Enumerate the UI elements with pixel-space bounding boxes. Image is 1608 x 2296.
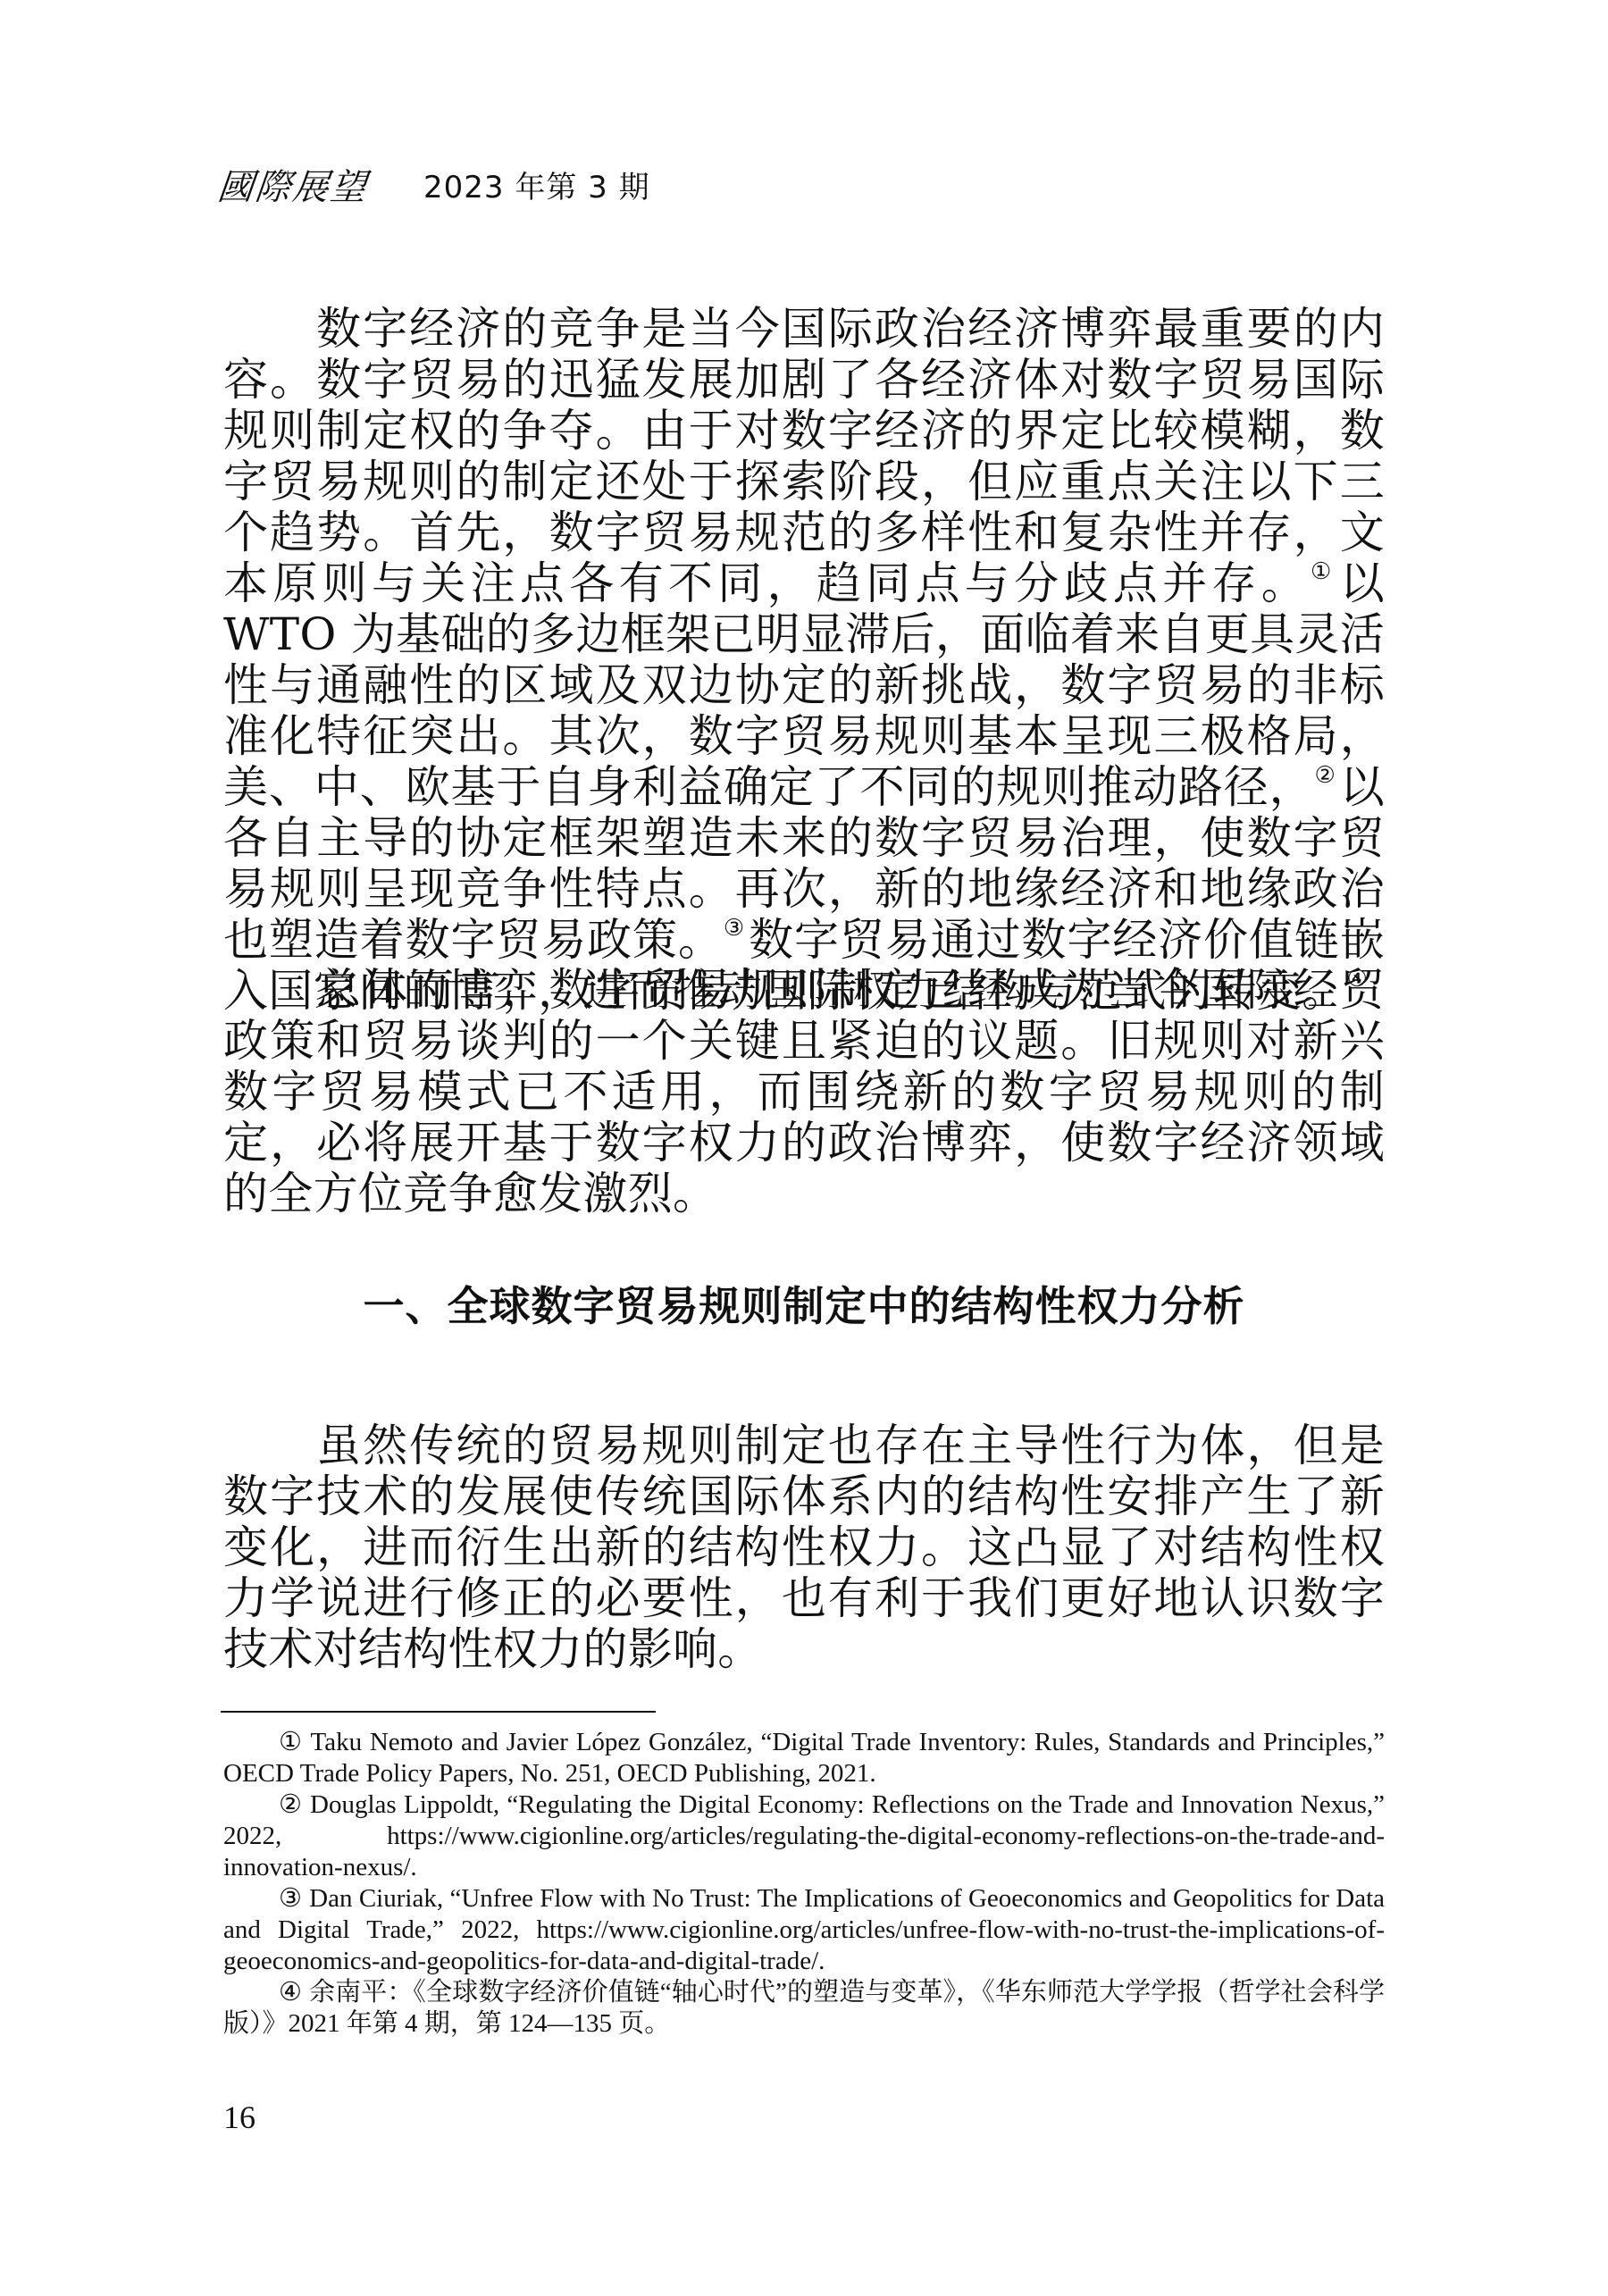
- issue-label: 2023 年第 3 期: [423, 163, 650, 206]
- section-heading: 一、全球数字贸易规则制定中的结构性权力分析: [223, 1278, 1385, 1335]
- footnote-mark: ②: [279, 1790, 303, 1819]
- footnote-text: Douglas Lippoldt, “Regulating the Digita…: [223, 1790, 1385, 1881]
- paragraph-1-segment-1: 数字经济的竞争是当今国际政治经济博弈最重要的内容。数字贸易的迅猛发展加剧了各经济…: [223, 303, 1385, 609]
- document-page: 國際展望 2023 年第 3 期 数字经济的竞争是当今国际政治经济博弈最重要的内…: [0, 0, 1608, 2296]
- footnotes: ①Taku Nemoto and Javier López González, …: [223, 1727, 1385, 2040]
- footnote-ref-1[interactable]: ①: [1311, 558, 1336, 585]
- journal-logo: 國際展望: [215, 159, 371, 210]
- body-paragraph-2: 总体而言，数字贸易规则制定已经成为当今国际经贸政策和贸易谈判的一个关键且紧迫的议…: [223, 965, 1385, 1219]
- footnote-1: ①Taku Nemoto and Javier López González, …: [223, 1727, 1385, 1789]
- footnote-mark: ③: [279, 1884, 302, 1913]
- footnote-ref-3[interactable]: ③: [724, 915, 745, 942]
- footnote-text: Taku Nemoto and Javier López González, “…: [223, 1728, 1385, 1788]
- footnote-mark: ①: [279, 1728, 304, 1756]
- footnote-mark: ④: [279, 1978, 302, 2007]
- footnote-4: ④余南平：《全球数字经济价值链“轴心时代”的塑造与变革》，《华东师范大学学报（哲…: [223, 1977, 1385, 2040]
- page-number: 16: [223, 2099, 255, 2135]
- footnote-text: Dan Ciuriak, “Unfree Flow with No Trust:…: [223, 1884, 1385, 1975]
- footnote-divider: [221, 1711, 656, 1713]
- footnote-ref-2[interactable]: ②: [1314, 762, 1336, 789]
- footnote-2: ②Douglas Lippoldt, “Regulating the Digit…: [223, 1789, 1385, 1883]
- body-paragraph-3: 虽然传统的贸易规则制定也存在主导性行为体，但是数字技术的发展使传统国际体系内的结…: [223, 1420, 1385, 1675]
- body-paragraph-1: 数字经济的竞争是当今国际政治经济博弈最重要的内容。数字贸易的迅猛发展加剧了各经济…: [223, 304, 1385, 1017]
- footnote-text: 余南平：《全球数字经济价值链“轴心时代”的塑造与变革》，《华东师范大学学报（哲学…: [223, 1978, 1385, 2038]
- running-header: 國際展望 2023 年第 3 期: [218, 159, 650, 209]
- footnote-3: ③Dan Ciuriak, “Unfree Flow with No Trust…: [223, 1883, 1385, 1977]
